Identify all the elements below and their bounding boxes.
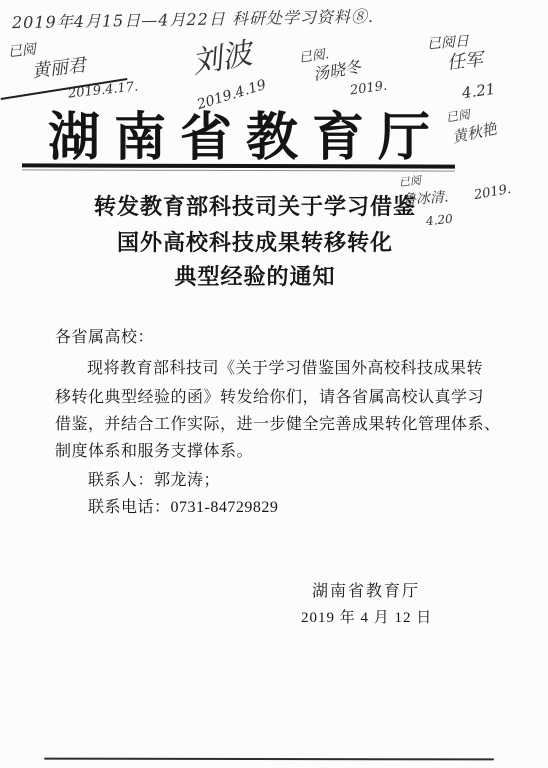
signature-name: 任军 <box>446 51 484 73</box>
filing-note-handwritten: 2019年4月15日—4月22日 科研处学习资料⑧. <box>12 9 374 31</box>
read-mark: 已阅日 <box>427 35 470 52</box>
bottom-scan-line <box>44 758 494 761</box>
document-title-line2: 国外高校科技成果转移转化 <box>0 226 510 257</box>
read-mark: 已阅 <box>398 175 421 188</box>
body-line: 现将教育部科技司《关于学习借鉴国外高校科技成果转 <box>87 355 483 378</box>
body-line: 借鉴，并结合工作实际，进一步健全完善成果转化管理体系、 <box>55 411 501 434</box>
signature-name: 黄丽君 <box>31 57 87 81</box>
document-title-line3: 典型经验的通知 <box>0 260 510 291</box>
contact-person-line: 联系人：郭龙涛； <box>88 467 220 490</box>
signature-name: 黄秋艳 <box>451 121 498 145</box>
document-title-line1: 转发教育部科技司关于学习借鉴 <box>0 190 510 221</box>
read-mark: 已阅 <box>7 43 36 60</box>
signoff-date: 2019 年 4 月 12 日 <box>301 606 432 627</box>
agency-masthead: 湖南省教育厅 <box>48 95 444 170</box>
read-mark: 已阅 <box>445 108 470 123</box>
body-line: 移转化典型经验的函》转发给你们，请各省属高校认真学习 <box>55 384 484 407</box>
signature-date: 4.21 <box>461 82 496 102</box>
salutation: 各省属高校： <box>55 324 154 347</box>
body-line: 制度体系和服务支撑体系。 <box>55 438 253 461</box>
contact-phone-line: 联系电话：0731-84729829 <box>88 494 278 517</box>
masthead-rule-shadow <box>22 169 455 171</box>
signature-name: 刘波 <box>190 39 254 79</box>
scanned-document-page: 2019年4月15日—4月22日 科研处学习资料⑧. 已阅 黄丽君 2019.4… <box>0 0 548 768</box>
signoff-agency: 湖南省教育厅 <box>312 578 420 601</box>
